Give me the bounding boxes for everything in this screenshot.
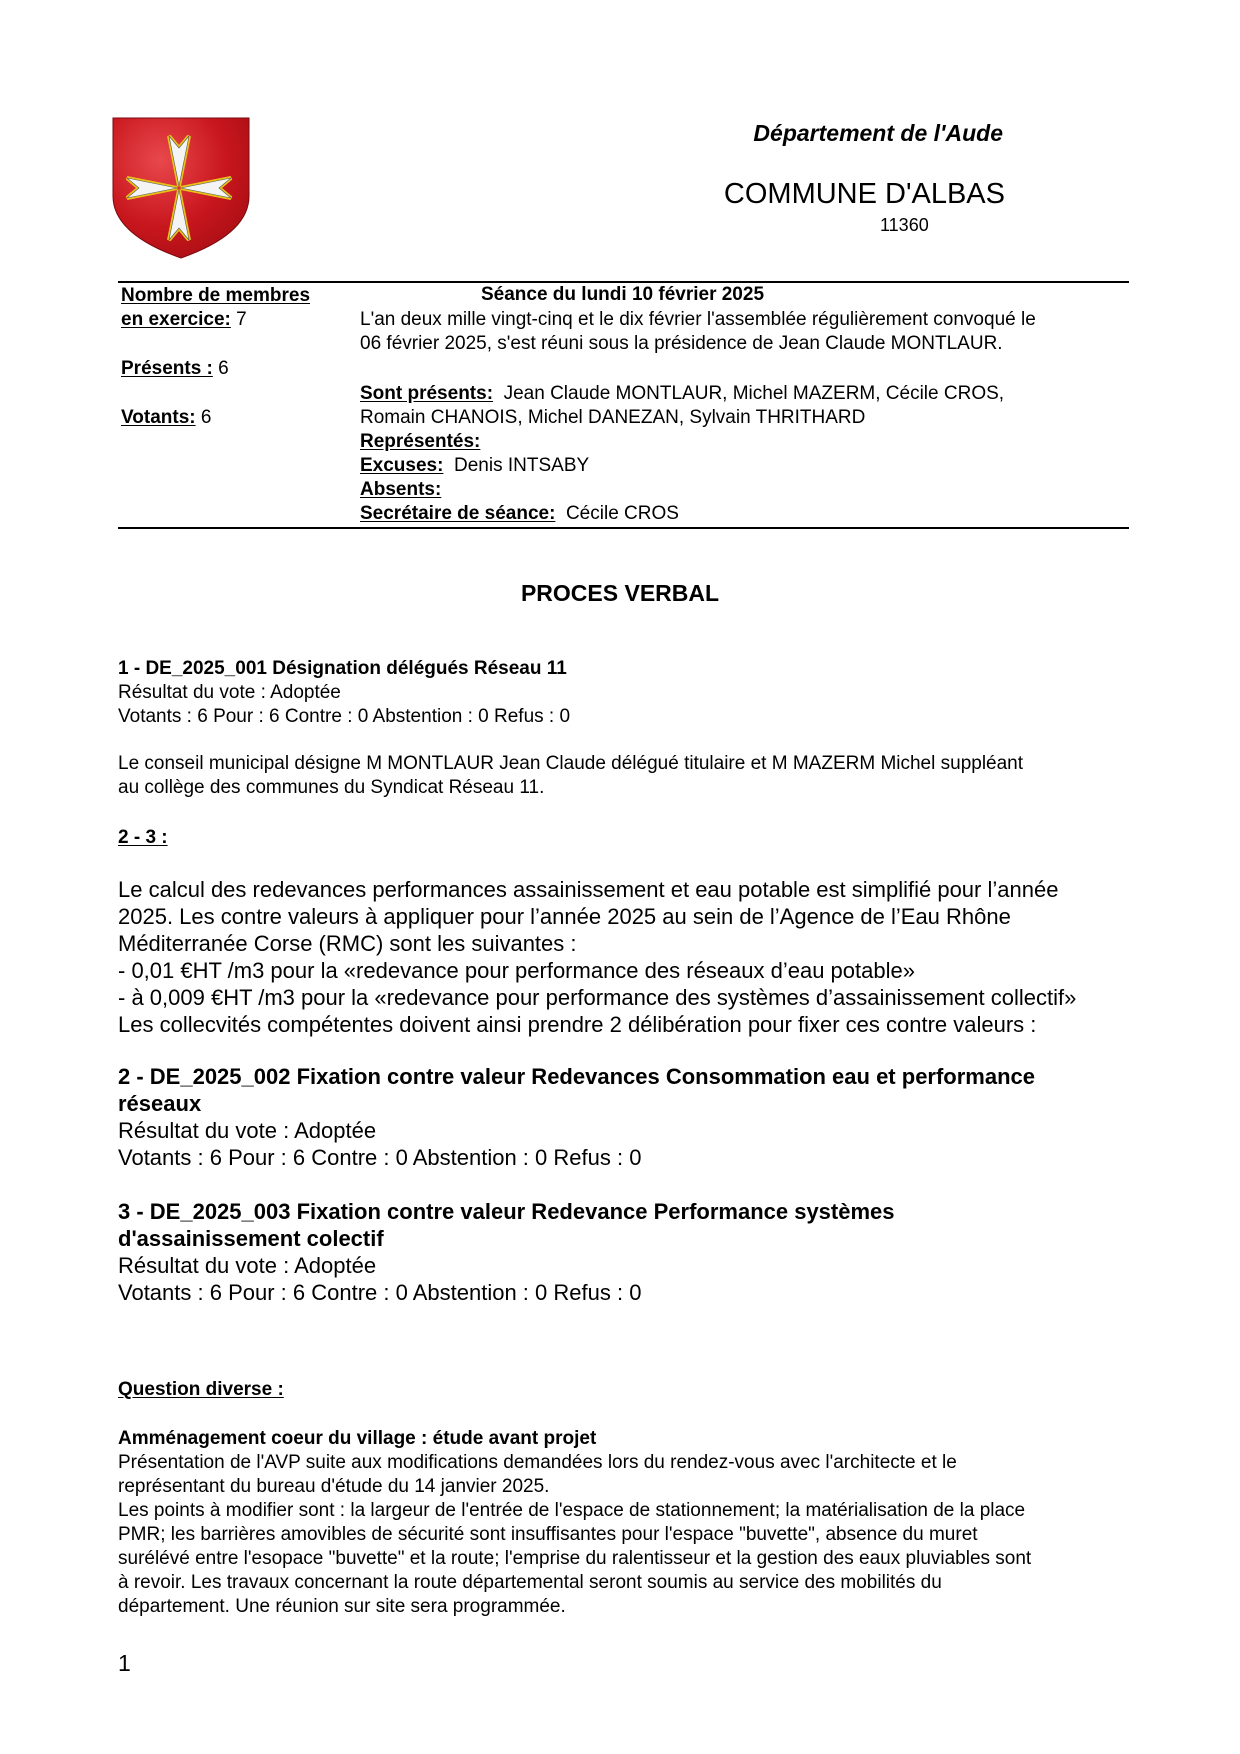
vote-result: Résultat du vote : Adoptée: [118, 681, 1138, 705]
present-names-label: Sont présents:: [360, 383, 493, 404]
represented-label: Représentés:: [360, 431, 480, 452]
commune-name: COMMUNE D'ALBAS: [620, 178, 1005, 211]
deliberation-title: 2 - DE_2025_002 Fixation contre valeur R…: [118, 1063, 1138, 1090]
topic-title: Amménagement coeur du village : étude av…: [118, 1427, 1138, 1451]
seance-title: Séance du lundi 10 février 2025: [360, 284, 885, 306]
excused-value: Denis INTSABY: [443, 455, 589, 476]
deliberation-2: 2 - DE_2025_002 Fixation contre valeur R…: [118, 1063, 1138, 1171]
commune-coat-of-arms: [111, 116, 251, 260]
deliberation-1: 1 - DE_2025_001 Désignation délégués Rés…: [118, 657, 1138, 729]
postal-code: 11360: [880, 215, 929, 236]
present-value: 6: [213, 358, 229, 379]
divider-top: [118, 281, 1129, 283]
present-count: Présents : 6: [121, 357, 229, 381]
section-2-3-heading: 2 - 3 :: [118, 826, 1138, 850]
seance-intro: L'an deux mille vingt-cinq et le dix fév…: [360, 308, 1130, 356]
department-name: Département de l'Aude: [620, 120, 1003, 147]
members-label-2: en exercice:: [121, 309, 231, 330]
voters-count: Votants: 6: [121, 406, 211, 430]
members-label-1: Nombre de membres: [121, 285, 310, 306]
absent-label: Absents:: [360, 479, 441, 500]
secretary-label: Secrétaire de séance:: [360, 503, 555, 524]
shield-maltese-cross-icon: [111, 116, 251, 260]
present-names: Jean Claude MONTLAUR, Michel MAZERM, Céc…: [493, 383, 1004, 404]
attendance-details: Sont présents: Jean Claude MONTLAUR, Mic…: [360, 382, 1130, 526]
deliberation-title: 3 - DE_2025_003 Fixation contre valeur R…: [118, 1198, 1138, 1225]
questions-heading: Question diverse :: [118, 1378, 1138, 1402]
vote-result: Résultat du vote : Adoptée: [118, 1117, 1138, 1144]
vote-counts: Votants : 6 Pour : 6 Contre : 0 Abstenti…: [118, 1279, 1138, 1306]
section-2-3-text: Le calcul des redevances performances as…: [118, 876, 1138, 1038]
members-count: Nombre de membres en exercice: 7: [121, 284, 310, 332]
deliberation-1-text: Le conseil municipal désigne M MONTLAUR …: [118, 752, 1138, 800]
voters-label: Votants:: [121, 407, 196, 428]
deliberation-title: 1 - DE_2025_001 Désignation délégués Rés…: [118, 657, 1138, 681]
vote-result: Résultat du vote : Adoptée: [118, 1252, 1138, 1279]
page-title: PROCES VERBAL: [0, 580, 1240, 607]
excused-label: Excuses:: [360, 455, 443, 476]
deliberation-3: 3 - DE_2025_003 Fixation contre valeur R…: [118, 1198, 1138, 1306]
present-names-cont: Romain CHANOIS, Michel DANEZAN, Sylvain …: [360, 406, 1130, 430]
vote-counts: Votants : 6 Pour : 6 Contre : 0 Abstenti…: [118, 705, 1138, 729]
questions-topic: Amménagement coeur du village : étude av…: [118, 1427, 1138, 1619]
secretary-value: Cécile CROS: [555, 503, 679, 524]
divider-bottom: [118, 527, 1129, 529]
voters-value: 6: [196, 407, 212, 428]
present-label: Présents :: [121, 358, 213, 379]
page-number: 1: [118, 1650, 131, 1677]
members-value: 7: [231, 309, 247, 330]
vote-counts: Votants : 6 Pour : 6 Contre : 0 Abstenti…: [118, 1144, 1138, 1171]
